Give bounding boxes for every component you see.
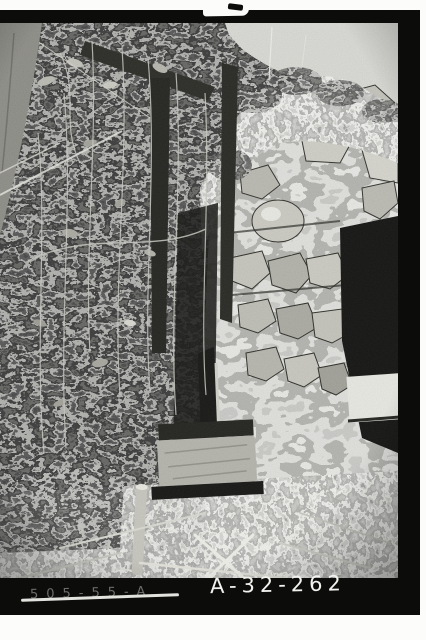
vignette-overlay (0, 23, 398, 578)
photo-image (0, 23, 398, 578)
scanned-photograph-page: A-32-262 505-55-A Overgrown ruined stone… (0, 0, 426, 640)
scene-svg (0, 23, 398, 578)
photo-print (0, 10, 420, 615)
photo-label: A-32-262 (210, 570, 410, 598)
